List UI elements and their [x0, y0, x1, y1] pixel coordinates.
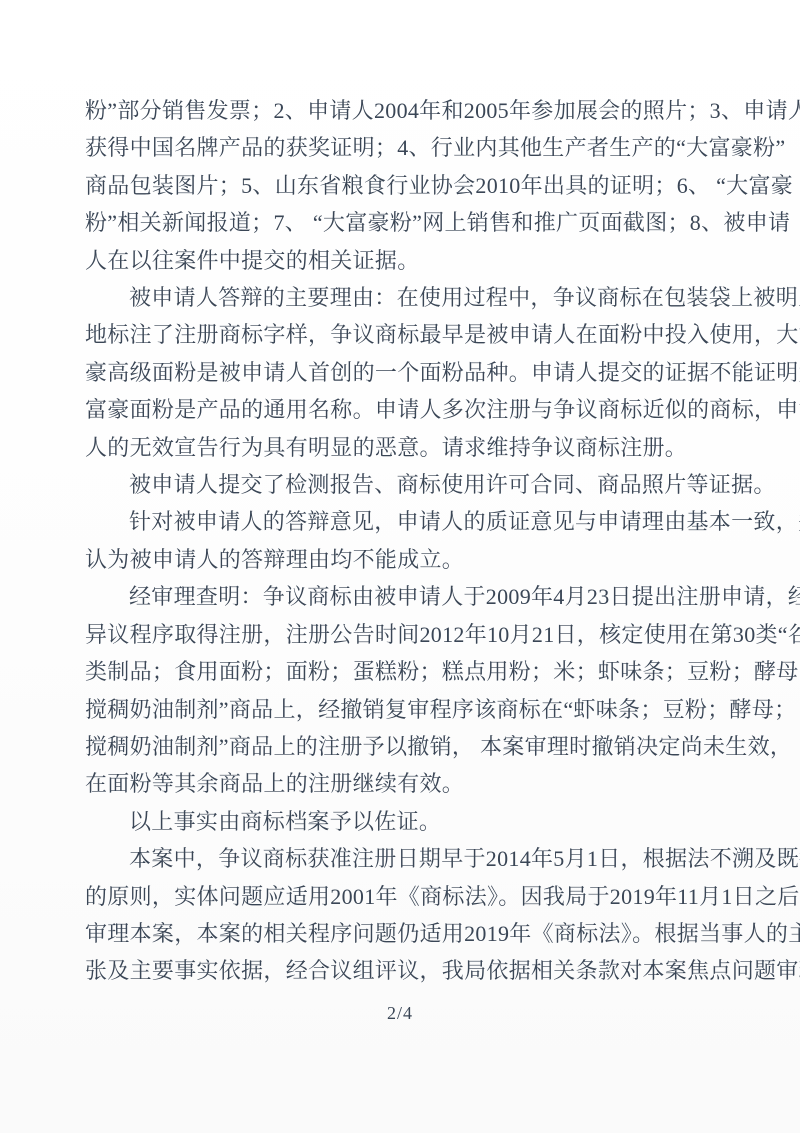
text-line: 搅稠奶油制剂”商品上的注册予以撤销， 本案审理时撤销决定尚未生效， [85, 728, 725, 765]
document-page: 粉”部分销售发票；2、申请人2004年和2005年参加展会的照片；3、申请人获得… [0, 0, 800, 1133]
text-line: 被申请人提交了检测报告、商标使用许可合同、商品照片等证据。 [85, 466, 725, 503]
text-line: 搅稠奶油制剂”商品上，经撤销复审程序该商标在“虾味条；豆粉；酵母； [85, 691, 725, 728]
paragraph: 针对被申请人的答辩意见，申请人的质证意见与申请理由基本一致，并认为被申请人的答辩… [85, 503, 725, 578]
page-number: 2/4 [0, 1003, 800, 1024]
paragraph: 被申请人提交了检测报告、商标使用许可合同、商品照片等证据。 [85, 466, 725, 503]
text-line: 以上事实由商标档案予以佐证。 [85, 803, 725, 840]
text-line: 被申请人答辩的主要理由：在使用过程中，争议商标在包装袋上被明显 [85, 279, 725, 316]
text-line: 商品包装图片；5、山东省粮食行业协会2010年出具的证明；6、 “大富豪 [85, 167, 725, 204]
text-line: 审理本案，本案的相关程序问题仍适用2019年《商标法》。根据当事人的主 [85, 915, 725, 952]
text-line: 类制品；食用面粉；面粉；蛋糕粉；糕点用粉；米；虾味条；豆粉；酵母； [85, 653, 725, 690]
text-line: 经审理查明：争议商标由被申请人于2009年4月23日提出注册申请，经 [85, 578, 725, 615]
text-line: 粉”部分销售发票；2、申请人2004年和2005年参加展会的照片；3、申请人 [85, 92, 725, 129]
text-line: 本案中，争议商标获准注册日期早于2014年5月1日，根据法不溯及既往 [85, 840, 725, 877]
text-line: 获得中国名牌产品的获奖证明；4、行业内其他生产者生产的“大富豪粉” [85, 129, 725, 166]
paragraph: 经审理查明：争议商标由被申请人于2009年4月23日提出注册申请，经异议程序取得… [85, 578, 725, 802]
text-line: 人的无效宣告行为具有明显的恶意。请求维持争议商标注册。 [85, 429, 725, 466]
text-line: 张及主要事实依据，经合议组评议，我局依据相关条款对本案焦点问题审理 [85, 952, 725, 989]
text-line: 异议程序取得注册，注册公告时间2012年10月21日，核定使用在第30类“谷 [85, 616, 725, 653]
text-line: 地标注了注册商标字样，争议商标最早是被申请人在面粉中投入使用，大富 [85, 316, 725, 353]
text-line: 豪高级面粉是被申请人首创的一个面粉品种。申请人提交的证据不能证明大 [85, 354, 725, 391]
text-line: 粉”相关新闻报道；7、 “大富豪粉”网上销售和推广页面截图；8、被申请 [85, 204, 725, 241]
text-line: 的原则，实体问题应适用2001年《商标法》。因我局于2019年11月1日之后 [85, 878, 725, 915]
text-line: 认为被申请人的答辩理由均不能成立。 [85, 541, 725, 578]
text-line: 人在以往案件中提交的相关证据。 [85, 242, 725, 279]
paragraph: 以上事实由商标档案予以佐证。 [85, 803, 725, 840]
text-line: 在面粉等其余商品上的注册继续有效。 [85, 765, 725, 802]
document-text: 粉”部分销售发票；2、申请人2004年和2005年参加展会的照片；3、申请人获得… [85, 92, 725, 990]
paragraph: 本案中，争议商标获准注册日期早于2014年5月1日，根据法不溯及既往的原则，实体… [85, 840, 725, 990]
text-line: 富豪面粉是产品的通用名称。申请人多次注册与争议商标近似的商标，申请 [85, 391, 725, 428]
paragraph: 粉”部分销售发票；2、申请人2004年和2005年参加展会的照片；3、申请人获得… [85, 92, 725, 279]
paragraph: 被申请人答辩的主要理由：在使用过程中，争议商标在包装袋上被明显地标注了注册商标字… [85, 279, 725, 466]
text-line: 针对被申请人的答辩意见，申请人的质证意见与申请理由基本一致，并 [85, 503, 725, 540]
